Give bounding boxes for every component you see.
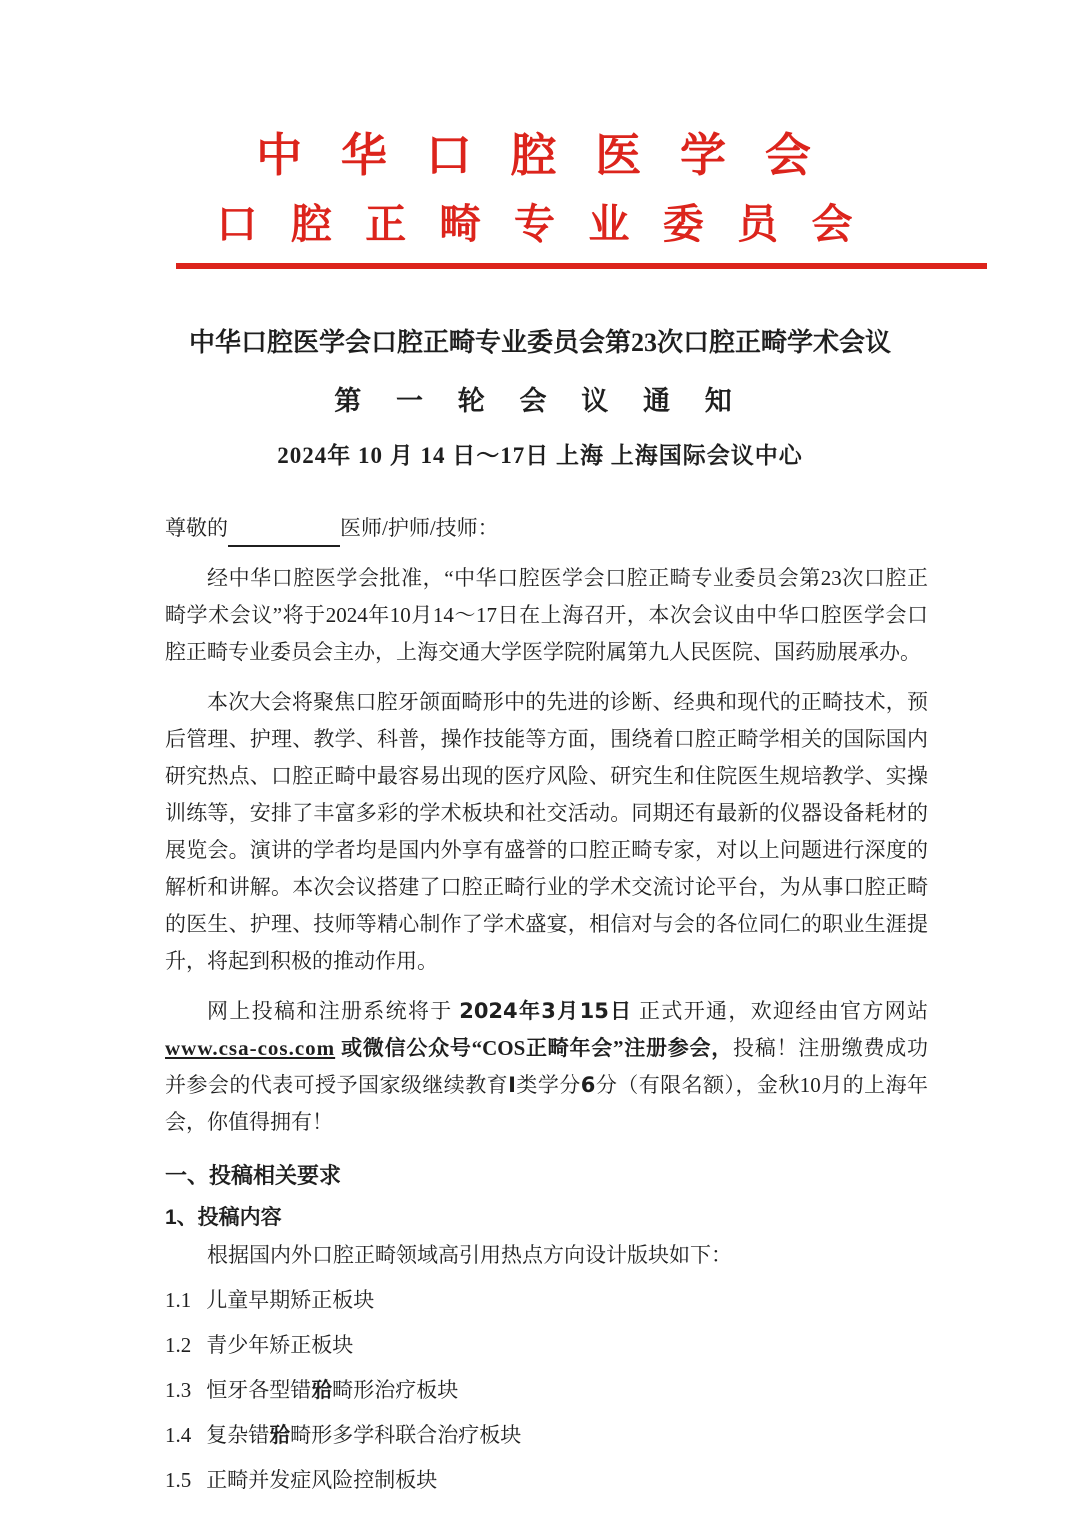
item-number: 1.3 — [165, 1378, 191, 1402]
paragraph-program-overview: 本次大会将聚焦口腔牙颌面畸形中的先进的诊断、经典和现代的正畸技术，预后管理、护理… — [165, 684, 928, 980]
registration-text-5: 类学分 — [516, 1073, 581, 1097]
org-name-line2: 口 腔 正 畸 专 业 委 员 会 — [0, 204, 1080, 245]
registration-text-1: 网上投稿和注册系统将于 — [207, 999, 459, 1023]
subsection-heading-submission-content: 1、投稿内容 — [165, 1201, 928, 1231]
item-number: 1.2 — [165, 1333, 191, 1357]
registration-text-2: 正式开通，欢迎经由官方网站 — [632, 999, 928, 1023]
letterhead-divider — [176, 263, 987, 269]
topic-item-1-2: 1.2青少年矫正板块 — [165, 1327, 928, 1364]
item-number: 1.1 — [165, 1288, 191, 1312]
conference-title: 中华口腔医学会口腔正畸专业委员会第23次口腔正畸学术会议 — [0, 327, 1080, 360]
topic-item-1-5: 1.5正畸并发症风险控制板块 — [165, 1462, 928, 1499]
wechat-account-text: 或微信公众号“COS正畸年会”注册参会， — [341, 1036, 733, 1060]
he-character: 𬌗 — [311, 1379, 332, 1402]
item-text: 青少年矫正板块 — [206, 1333, 353, 1357]
item-text: 复杂错 — [206, 1423, 269, 1447]
submission-topic-list: 1.1儿童早期矫正板块 1.2青少年矫正板块 1.3恒牙各型错𬌗畸形治疗板块 1… — [165, 1282, 928, 1499]
letterhead: 中 华 口 腔 医 学 会 口 腔 正 畸 专 业 委 员 会 — [0, 0, 1080, 269]
date-venue-line: 2024年 10 月 14 日～17日 上海 上海国际会议中心 — [0, 437, 1080, 470]
topic-item-1-4: 1.4复杂错𬌗畸形多学科联合治疗板块 — [165, 1417, 928, 1454]
submission-topics-intro: 根据国内外口腔正畸领域高引用热点方向设计版块如下： — [165, 1237, 928, 1274]
org-name-line1: 中 华 口 腔 医 学 会 — [0, 132, 1080, 178]
notice-round-title: 第 一 轮 会 议 通 知 — [0, 379, 1080, 418]
item-text: 正畸并发症风险控制板块 — [206, 1468, 437, 1492]
credit-points-number: 6 — [581, 1073, 596, 1097]
letter-body: 尊敬的医师/护师/技师： 经中华口腔医学会批准，“中华口腔医学会口腔正畸专业委员… — [165, 510, 928, 1499]
salutation-prefix: 尊敬的 — [165, 516, 228, 540]
name-blank-underline — [228, 521, 340, 547]
salutation-suffix: 医师/护师/技师： — [340, 516, 499, 540]
paragraph-approval: 经中华口腔医学会批准，“中华口腔医学会口腔正畸专业委员会第23次口腔正畸学术会议… — [165, 560, 928, 671]
topic-item-1-3: 1.3恒牙各型错𬌗畸形治疗板块 — [165, 1372, 928, 1409]
item-text: 恒牙各型错 — [206, 1378, 311, 1402]
topic-item-1-1: 1.1儿童早期矫正板块 — [165, 1282, 928, 1319]
registration-open-date: 2024年3月15日 — [459, 999, 632, 1023]
he-character: 𬌗 — [269, 1424, 290, 1447]
section-heading-submission-requirements: 一、投稿相关要求 — [165, 1159, 928, 1190]
paragraph-registration: 网上投稿和注册系统将于 2024年3月15日 正式开通，欢迎经由官方网站 www… — [165, 993, 928, 1141]
item-text-tail: 畸形多学科联合治疗板块 — [290, 1423, 521, 1447]
salutation-line: 尊敬的医师/护师/技师： — [165, 510, 928, 547]
item-number: 1.4 — [165, 1423, 191, 1447]
official-website-link[interactable]: www.csa-cos.com — [165, 1036, 335, 1060]
item-text-tail: 畸形治疗板块 — [332, 1378, 458, 1402]
document-page: 中 华 口 腔 医 学 会 口 腔 正 畸 专 业 委 员 会 中华口腔医学会口… — [0, 0, 1080, 1527]
document-titles: 中华口腔医学会口腔正畸专业委员会第23次口腔正畸学术会议 第 一 轮 会 议 通… — [0, 327, 1080, 470]
item-text: 儿童早期矫正板块 — [206, 1288, 374, 1312]
item-number: 1.5 — [165, 1468, 191, 1492]
credit-class-numeral: I — [508, 1073, 516, 1097]
